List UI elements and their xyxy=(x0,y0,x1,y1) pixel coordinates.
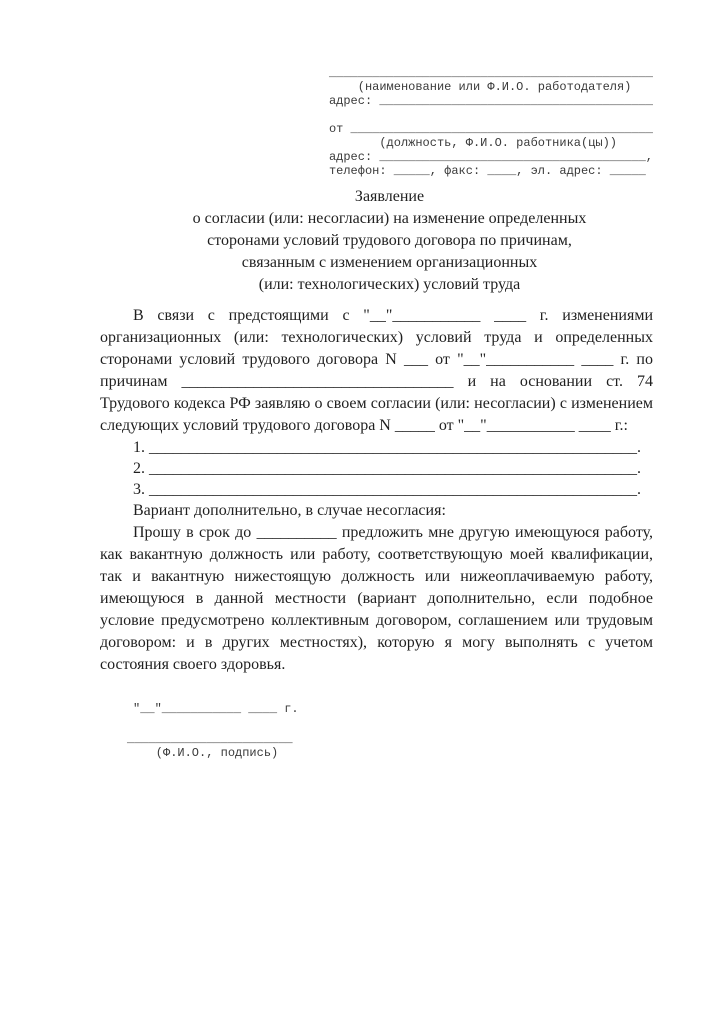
document-title: Заявление о согласии (или: несогласии) н… xyxy=(100,186,653,296)
signature-caption: (Ф.И.О., подпись) xyxy=(127,746,653,760)
condition-line-2: 2. _____________________________________… xyxy=(100,458,653,479)
title-line-2: о согласии (или: несогласии) на изменени… xyxy=(126,208,653,230)
requisites-block: ________________________________________… xyxy=(329,66,653,178)
condition-line-3: 3. _____________________________________… xyxy=(100,479,653,500)
condition-line-1: 1. _____________________________________… xyxy=(100,437,653,458)
body-paragraph-2: Прошу в срок до __________ предложить мн… xyxy=(100,522,653,676)
employee-address-line: адрес: _________________________________… xyxy=(329,150,653,164)
title-line-5: (или: технологических) условий труда xyxy=(126,274,653,296)
document-page: ________________________________________… xyxy=(0,0,723,1024)
employer-name-blank-line: ________________________________________… xyxy=(329,66,653,80)
title-line-3: сторонами условий трудового договора по … xyxy=(126,230,653,252)
signature-blank-line: _______________________ xyxy=(127,732,653,746)
body-paragraph-1: В связи с предстоящими с "__"___________… xyxy=(100,305,653,437)
requisites-spacer xyxy=(329,108,653,122)
employee-caption: (должность, Ф.И.О. работника(цы)) xyxy=(329,136,653,150)
employer-name-caption: (наименование или Ф.И.О. работодателя) xyxy=(329,80,653,94)
date-blank-line: "__"___________ ____ г. xyxy=(133,702,653,716)
title-line-4: связанным с изменением организационных xyxy=(126,252,653,274)
employer-address-line: адрес: _________________________________… xyxy=(329,94,653,108)
variant-note-line: Вариант дополнительно, в случае несоглас… xyxy=(100,500,653,522)
signature-block: _______________________ (Ф.И.О., подпись… xyxy=(127,732,653,760)
conditions-list: 1. _____________________________________… xyxy=(100,437,653,500)
title-line-1: Заявление xyxy=(126,186,653,208)
from-employee-line: от _____________________________________… xyxy=(329,122,653,136)
employee-contacts-line: телефон: _____, факс: ____, эл. адрес: _… xyxy=(329,164,653,178)
